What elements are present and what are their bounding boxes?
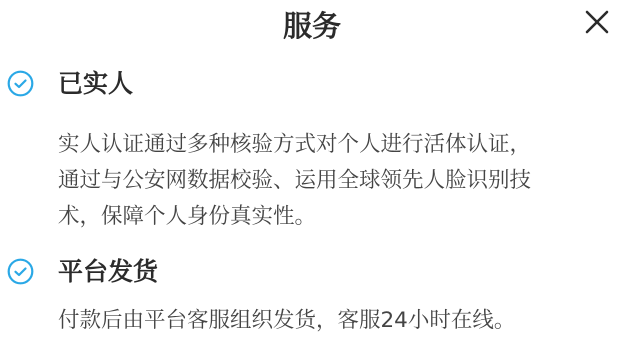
- close-button[interactable]: [584, 9, 610, 35]
- service-item-title: 已实人: [58, 66, 133, 102]
- service-item-description: 付款后由平台客服组织发货，客服24小时在线。: [58, 303, 618, 339]
- description-line: 付款后由平台客服组织发货，客服24小时在线。: [58, 303, 618, 339]
- description-line: 实人认证通过多种核验方式对个人进行活体认证，: [58, 127, 618, 163]
- dialog-header: 服务: [0, 0, 624, 52]
- page-title: 服务: [0, 6, 624, 46]
- check-circle-icon: [7, 258, 34, 285]
- service-item-title: 平台发货: [58, 254, 158, 290]
- check-circle-icon: [7, 70, 34, 97]
- service-item-description: 实人认证通过多种核验方式对个人进行活体认证， 通过与公安网数据校验、运用全球领先…: [58, 127, 618, 235]
- close-icon[interactable]: [584, 9, 610, 35]
- description-line: 术，保障个人身份真实性。: [58, 199, 618, 235]
- description-line: 通过与公安网数据校验、运用全球领先人脸识别技: [58, 163, 618, 199]
